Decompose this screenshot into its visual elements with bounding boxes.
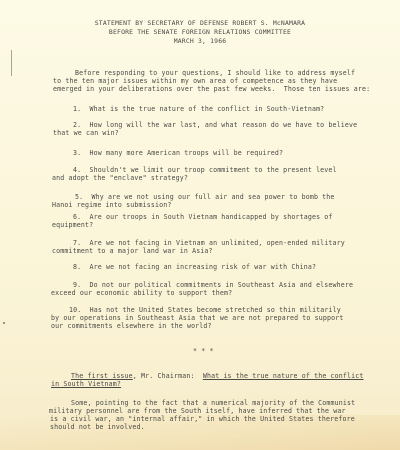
issue-7-cont: commitment to a major land war in Asia?	[52, 247, 213, 255]
title-line-2: BEFORE THE SENATE FOREIGN RELATIONS COMM…	[0, 28, 400, 37]
title-date: MARCH 3, 1966	[0, 37, 400, 46]
first-issue-lead: The first issue	[71, 372, 133, 380]
closing-line: Some, pointing to the fact that a numeri…	[71, 399, 355, 407]
issue-5-cont: Hanoi regime into submission?	[52, 201, 171, 209]
document-page: STATEMENT BY SECRETARY OF DEFENSE ROBERT…	[0, 0, 400, 450]
issue-8: 8. Are we not facing an increasing risk …	[73, 263, 316, 271]
section-separator: * * *	[193, 347, 214, 355]
margin-mark	[11, 50, 12, 76]
title-line-1: STATEMENT BY SECRETARY OF DEFENSE ROBERT…	[0, 19, 400, 28]
issue-4: 4. Shouldn't we limit our troop commitme…	[73, 166, 337, 174]
first-issue-mid: , Mr. Chairman:	[133, 372, 203, 380]
first-issue-question: What is the true nature of the conflict	[203, 372, 364, 380]
issue-2-cont: that we can win?	[53, 129, 119, 137]
intro-line: to the ten major issues within my own ar…	[53, 77, 337, 85]
first-issue-heading: The first issue, Mr. Chairman: What is t…	[71, 372, 364, 380]
issue-10: 10. Has not the United States become str…	[69, 306, 341, 314]
issue-6-cont: equipment?	[52, 221, 93, 229]
issue-1: 1. What is the true nature of the confli…	[73, 105, 324, 113]
intro-line: Before responding to your questions, I s…	[75, 69, 355, 77]
issue-3: 3. How many more American troops will be…	[73, 149, 283, 157]
closing-line: is a civil war, an "internal affair," in…	[50, 415, 355, 423]
margin-dot	[3, 322, 5, 324]
issue-10-cont: by our operations in Southeast Asia that…	[51, 314, 344, 322]
issue-9: 9. Do not our political commitments in S…	[73, 281, 353, 289]
issue-9-cont: exceed our economic ability to support t…	[51, 289, 232, 297]
first-issue-question-cont: in South Vietnam?	[51, 380, 121, 388]
closing-line: military personnel are from the South it…	[49, 407, 346, 415]
issue-6: 6. Are our troops in South Vietnam handi…	[73, 213, 333, 221]
closing-line: should not be involved.	[50, 423, 145, 431]
intro-line: emerged in your deliberations over the p…	[53, 85, 370, 93]
issue-10-cont: our commitments elsewhere in the world?	[51, 322, 212, 330]
issue-2: 2. How long will the war last, and what …	[73, 121, 357, 129]
issue-7: 7. Are we not facing in Vietnam an unlim…	[73, 239, 345, 247]
issue-5: 5. Why are we not using our full air and…	[75, 193, 335, 201]
issue-4-cont: and adopt the "enclave" strategy?	[52, 174, 188, 182]
